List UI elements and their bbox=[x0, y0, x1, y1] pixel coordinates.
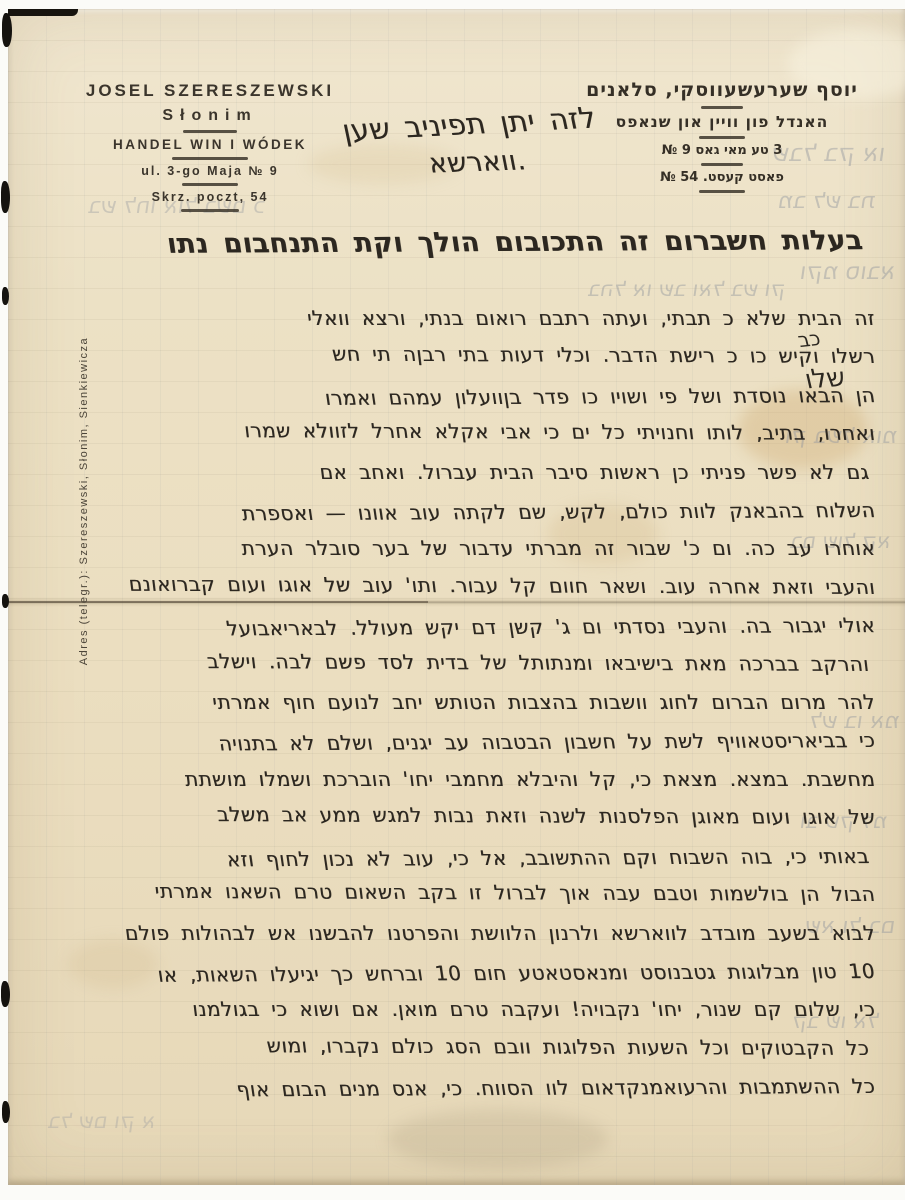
margin-ink-mark: שלו bbox=[802, 363, 849, 396]
handwritten-body: זה הבית שלא כ תבתי, ועתה רתבם רואום בנתי… bbox=[58, 299, 875, 1106]
handwritten-line: זה הבית שלא כ תבתי, ועתה רתבם רואום בנתי… bbox=[56, 299, 878, 337]
divider-rule bbox=[701, 106, 743, 109]
torn-edge-mark bbox=[2, 287, 9, 305]
handwritten-line: כי, שלום קם שנור, יחו' נקבויה! ועקבה טרם… bbox=[56, 990, 878, 1028]
letterhead-trade-latin: HANDEL WIN I WÓDEK bbox=[70, 137, 350, 152]
handwritten-line: לבוא בשעב מובדב לווארשא ולרנון הלוושת וה… bbox=[56, 914, 878, 952]
divider-rule bbox=[699, 136, 745, 139]
handwritten-line: גם לא פשר פניתי כן ראשות סיבר הבית עברול… bbox=[56, 453, 872, 491]
divider-rule bbox=[701, 163, 743, 166]
handwritten-line: אוחרו עב כה. ום כ' שבור זה מברתי עדבור ש… bbox=[56, 529, 878, 567]
handwritten-top-note: לזה יתן תפיניב שען .ווארשא bbox=[322, 99, 624, 185]
handwritten-line: כל ההשתמבות והרעואמנקדאום לוו הסווח. כי,… bbox=[56, 1067, 878, 1110]
torn-edge-mark bbox=[2, 1101, 10, 1123]
handwritten-line: מחשבת. במצא. מצאת כי, קל והיבלא מחמבי יח… bbox=[56, 760, 878, 798]
letterhead-latin: JOSEL SZERESZEWSKI Słonim HANDEL WIN I W… bbox=[70, 81, 350, 216]
handwritten-line: כי בביאריסטאוויף לשת על חשבון הבטבוה עב … bbox=[56, 721, 878, 764]
torn-edge-mark bbox=[2, 594, 9, 608]
stain bbox=[388, 1109, 608, 1169]
divider-rule bbox=[182, 183, 238, 186]
bleedthrough-line: וקמ סובא bbox=[798, 259, 897, 285]
handwritten-greeting: בעלות חשברום זה התכובום הולך וקת התנחבום… bbox=[146, 225, 865, 260]
handwritten-line: והרקב בברכה מאת בישיבאו ומנתותל של בדית … bbox=[55, 641, 871, 683]
divider-rule bbox=[183, 130, 237, 133]
handwritten-line: 10 טון מבלוגות גטבנוסט ומנאסטאטע חום 10 … bbox=[56, 952, 878, 995]
divider-rule bbox=[699, 190, 745, 193]
letterhead-name-latin: JOSEL SZERESZEWSKI bbox=[70, 81, 350, 101]
handwritten-line: והעבי וזאת אחרה עוב. ושאר חוום קל עבור. … bbox=[55, 564, 877, 606]
letterhead-street-latin: ul. 3-go Maja № 9 bbox=[70, 164, 350, 178]
handwritten-line: של אוגו ועום מאוגן הפלסנות לשנה וזאת נבו… bbox=[55, 795, 877, 837]
bleedthrough-line: בל שם וק א bbox=[46, 1109, 157, 1133]
divider-rule bbox=[181, 209, 239, 212]
top-note-line1: לזה יתן תפיניב שען bbox=[322, 99, 616, 148]
handwritten-line: הבול הן בולשמות וטבם עבה אוך לברול זו בק… bbox=[55, 872, 877, 914]
torn-edge-mark bbox=[1, 981, 10, 1007]
handwritten-line: רשלו וקיש כו כ רישת הדבר. וכלי דעות בתי … bbox=[55, 334, 877, 376]
bleedthrough-line: בהל או שב ואל בש וק bbox=[586, 277, 787, 301]
torn-edge-mark bbox=[2, 13, 12, 47]
torn-edge-mark bbox=[8, 9, 78, 16]
scanned-letter-paper: שבל בק או מב לש בת וקמ סובא בהל או שב וא… bbox=[8, 9, 905, 1185]
divider-rule bbox=[172, 157, 248, 160]
letterhead-city-latin: Słonim bbox=[70, 107, 350, 125]
letterhead-name-hebrew: יוסף שערעשעווסקי, סלאנים bbox=[567, 79, 877, 101]
torn-edge-mark bbox=[1, 181, 10, 213]
handwritten-line: להר מרום הברום לחוג וושבות בהצבות הטותש … bbox=[56, 683, 878, 721]
handwritten-line: השלוח בהבאנק לוות כולם, לקש, שם לקתה עוב… bbox=[56, 491, 878, 534]
handwritten-line: כל הקבטוקים וכל השעות הפלוגות וובם הסג כ… bbox=[55, 1025, 871, 1067]
handwritten-line: ואחרו, בתיב, לותו וחנויתי כל ים כי אבי א… bbox=[55, 411, 877, 453]
letterhead-postbox-latin: Skrz. poczt, 54 bbox=[70, 190, 350, 204]
